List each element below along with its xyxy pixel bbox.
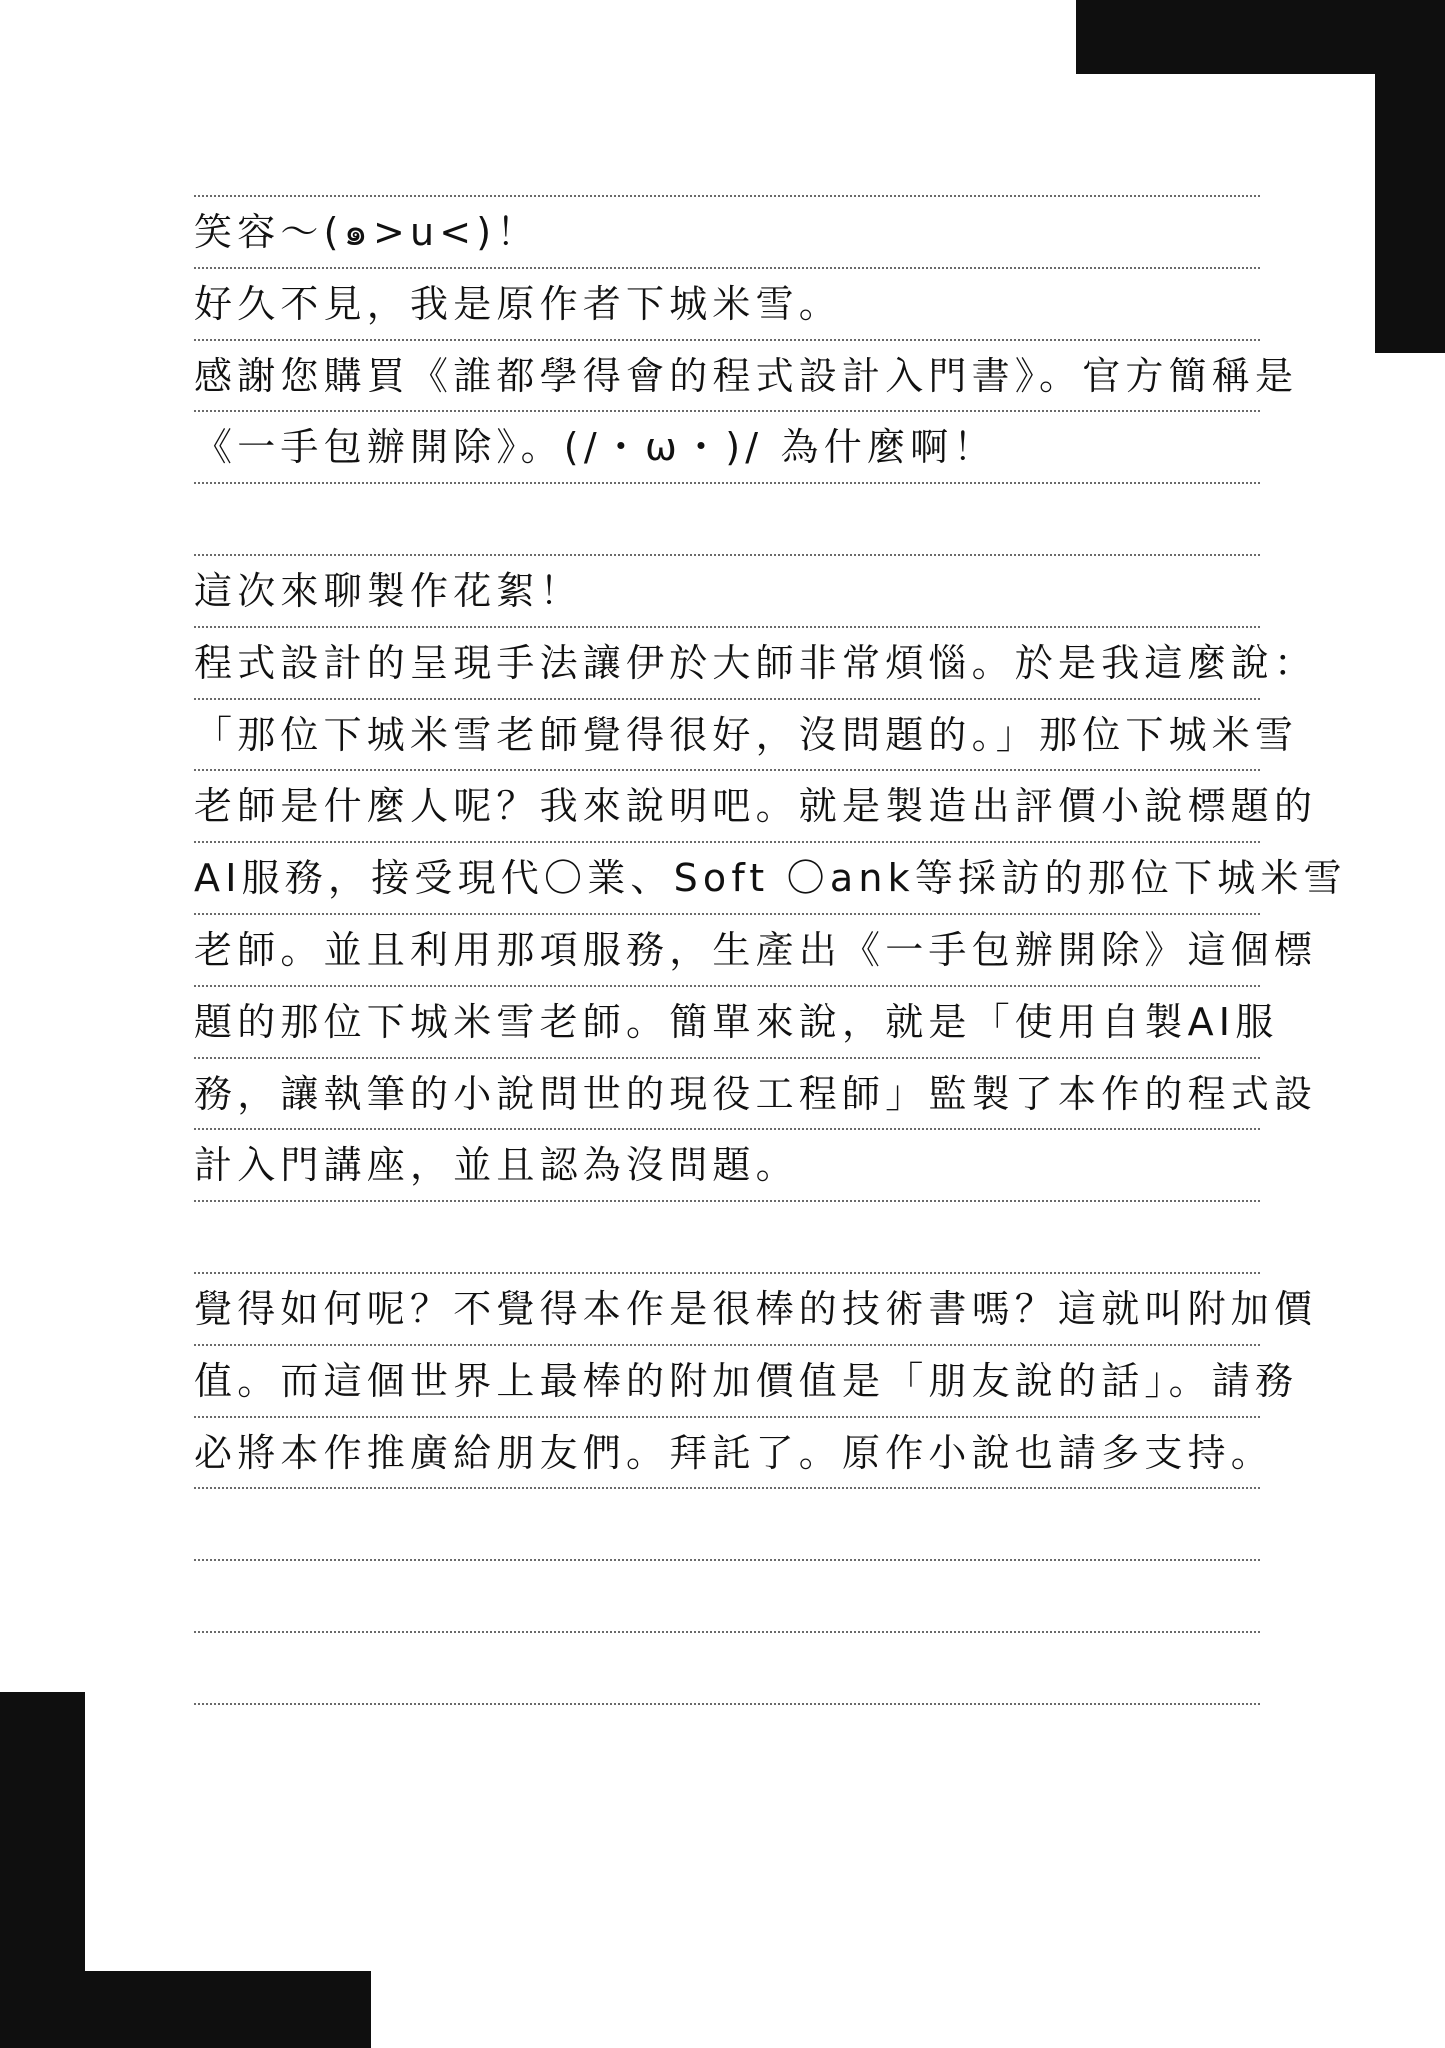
text-line-body: 老師是什麼人呢？我來說明吧。就是製造出評價小說標題的 [194,770,1274,842]
text-line-topic: 這次來聊製作花絮！ [194,555,1274,627]
text-line-body: 程式設計的呈現手法讓伊於大師非常煩惱。於是我這麼說： [194,627,1274,699]
text-line-thanks: 感謝您購買《誰都學得會的程式設計入門書》。官方簡稱是 [194,340,1274,412]
text-line-blank [194,1488,1274,1560]
text-line-greeting-smile: 笑容～(๑>u<)！ [194,196,1274,268]
text-line-closing: 覺得如何呢？不覺得本作是很棒的技術書嗎？這就叫附加價 [194,1273,1274,1345]
text-line-body: 務，讓執筆的小說問世的現役工程師」監製了本作的程式設 [194,1058,1274,1130]
text-line-closing: 值。而這個世界上最棒的附加價值是「朋友說的話」。請務 [194,1345,1274,1417]
text-line-intro: 好久不見，我是原作者下城米雪。 [194,268,1274,340]
text-line-blank [194,1632,1274,1704]
corner-block-bottom-left-horizontal [0,1971,371,2048]
text-line-body: 老師。並且利用那項服務，生產出《一手包辦開除》這個標 [194,914,1274,986]
text-line-blank [194,1201,1274,1273]
text-line-blank [194,1560,1274,1632]
text-line-body: 計入門講座，並且認為沒問題。 [194,1129,1274,1201]
text-line-body: 題的那位下城米雪老師。簡單來說，就是「使用自製AI服 [194,986,1274,1058]
corner-block-top-right-vertical [1375,0,1445,353]
text-line-blank [194,483,1274,555]
text-line-body: 「那位下城米雪老師覺得很好，沒問題的。」那位下城米雪 [194,699,1274,771]
text-line-body: AI服務，接受現代〇業、Soft 〇ank等採訪的那位下城米雪 [194,842,1274,914]
text-line-short-title: 《一手包辦開除》。(/・ω・)/ 為什麼啊！ [194,411,1274,483]
text-line-closing: 必將本作推廣給朋友們。拜託了。原作小說也請多支持。 [194,1417,1274,1489]
